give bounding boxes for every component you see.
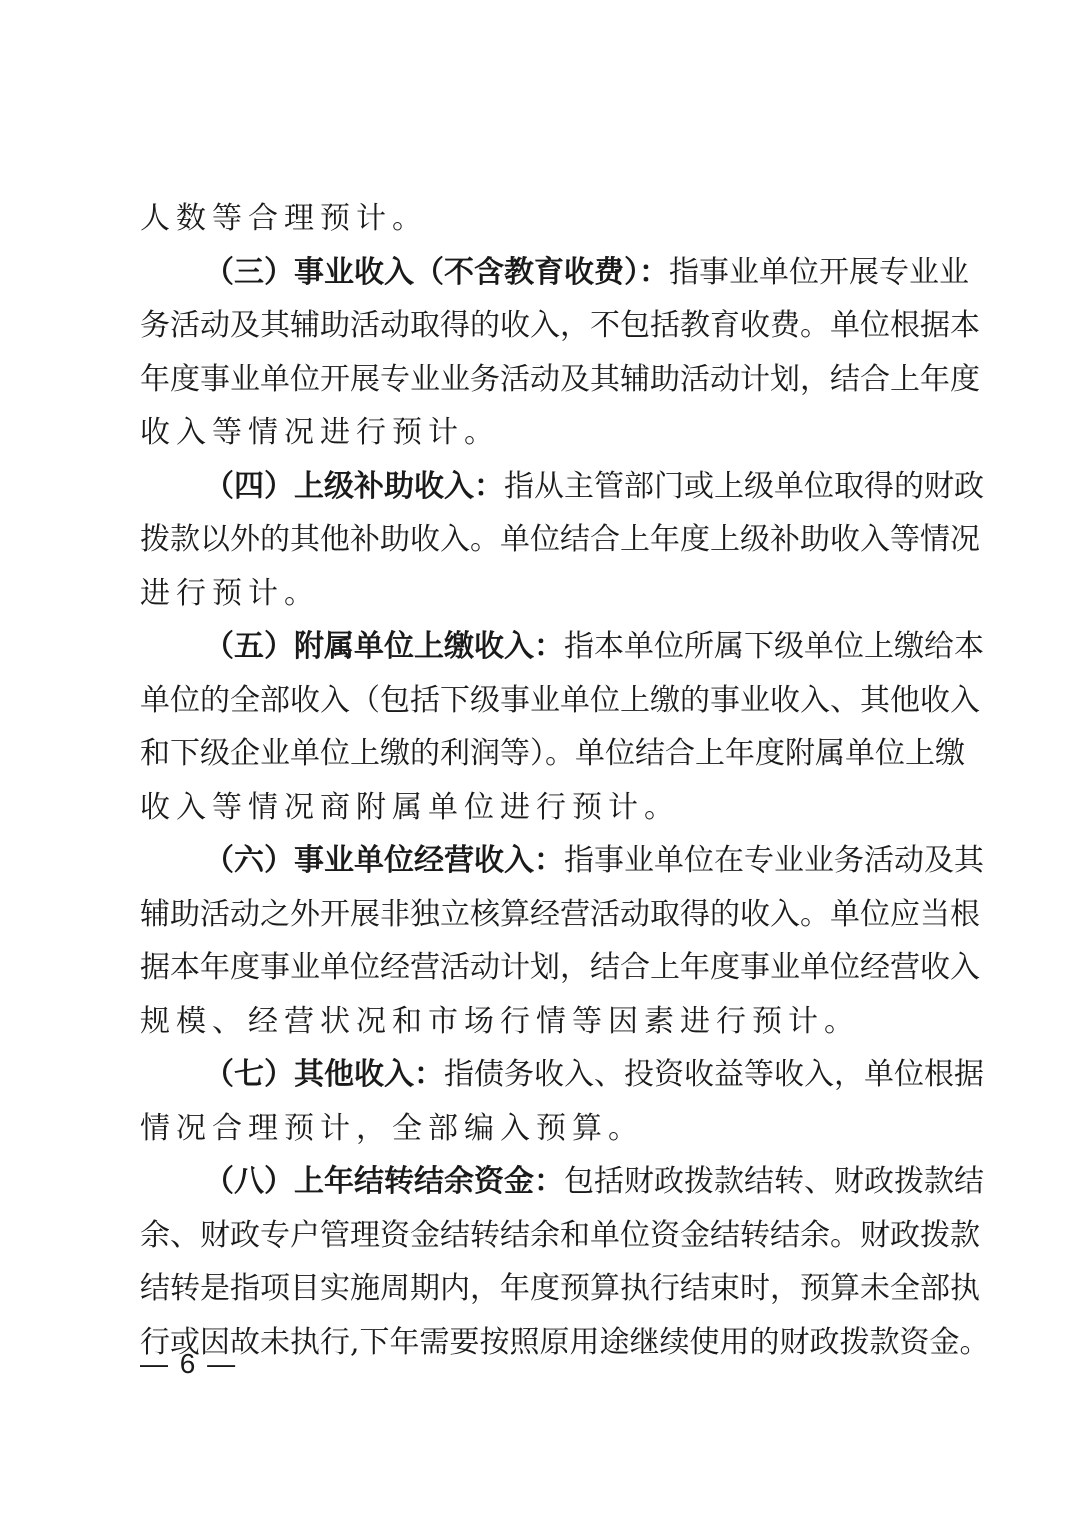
- section-heading: （八）上年结转结余资金：: [204, 1164, 564, 1199]
- text-line: 辅助活动之外开展非独立核算经营活动取得的收入。单位应当根: [140, 888, 940, 942]
- text-line: 情况合理预计，全部编入预算。: [140, 1102, 940, 1156]
- text-line: 结转是指项目实施周期内，年度预算执行结束时，预算未全部执: [140, 1262, 940, 1316]
- body-text: 人数等合理预计。 （三）事业收入（不含教育收费）：指事业单位开展专业业 务活动及…: [140, 192, 940, 1369]
- text-line: 人数等合理预计。: [140, 192, 940, 246]
- text-line: 收入等情况商附属单位进行预计。: [140, 781, 940, 835]
- text-line: 据本年度事业单位经营活动计划，结合上年度事业单位经营收入: [140, 941, 940, 995]
- text-line: 行或因故未执行,下年需要按照原用途继续使用的财政拨款资金。: [140, 1316, 940, 1370]
- section-heading: （六）事业单位经营收入：: [204, 843, 564, 878]
- text-line: 和下级企业单位上缴的利润等）。单位结合上年度附属单位上缴: [140, 727, 940, 781]
- text-line: 年度事业单位开展专业业务活动及其辅助活动计划，结合上年度: [140, 353, 940, 407]
- text-line: 规模、经营状况和市场行情等因素进行预计。: [140, 995, 940, 1049]
- text-line: 拨款以外的其他补助收入。单位结合上年度上级补助收入等情况: [140, 513, 940, 567]
- text-line: 余、财政专户管理资金结转结余和单位资金结转结余。财政拨款: [140, 1209, 940, 1263]
- text-line: 进行预计。: [140, 567, 940, 621]
- section-heading: （四）上级补助收入：: [204, 469, 504, 504]
- section-heading-line: （六）事业单位经营收入：指事业单位在专业业务活动及其: [140, 834, 940, 888]
- section-heading: （七）其他收入：: [204, 1057, 444, 1092]
- text-line: 单位的全部收入（包括下级事业单位上缴的事业收入、其他收入: [140, 674, 940, 728]
- section-heading-line: （三）事业收入（不含教育收费）：指事业单位开展专业业: [140, 246, 940, 300]
- section-heading-line: （七）其他收入：指债务收入、投资收益等收入，单位根据: [140, 1048, 940, 1102]
- section-heading-line: （四）上级补助收入：指从主管部门或上级单位取得的财政: [140, 460, 940, 514]
- section-heading: （五）附属单位上缴收入：: [204, 629, 564, 664]
- section-heading-line: （八）上年结转结余资金：包括财政拨款结转、财政拨款结: [140, 1155, 940, 1209]
- text-line: 收入等情况进行预计。: [140, 406, 940, 460]
- page-number: — 6 —: [140, 1348, 237, 1380]
- section-heading: （三）事业收入（不含教育收费）：: [204, 255, 669, 290]
- section-heading-line: （五）附属单位上缴收入：指本单位所属下级单位上缴给本: [140, 620, 940, 674]
- document-page: 人数等合理预计。 （三）事业收入（不含教育收费）：指事业单位开展专业业 务活动及…: [0, 0, 1074, 1520]
- text-line: 务活动及其辅助活动取得的收入，不包括教育收费。单位根据本: [140, 299, 940, 353]
